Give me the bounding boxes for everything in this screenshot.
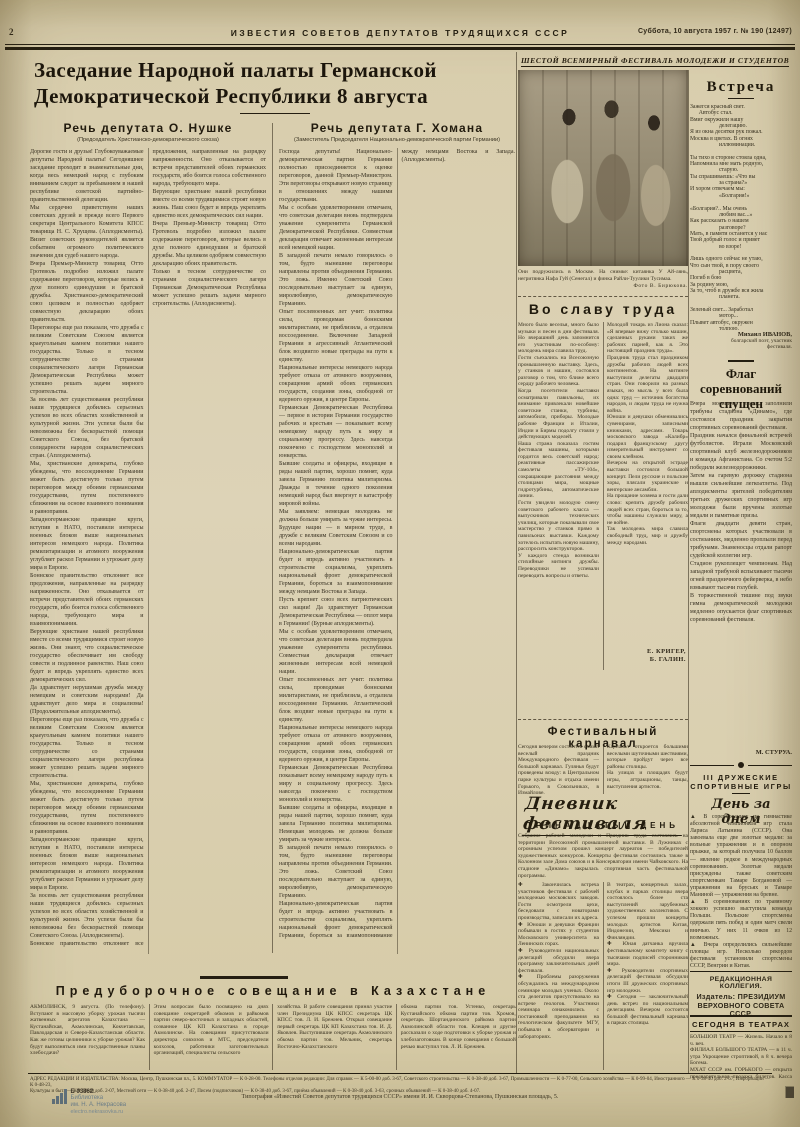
festival-column-divider xyxy=(688,70,689,1073)
karnaval-separator xyxy=(518,719,688,720)
speech-nushke-body: Дорогие гости и друзья! Глубокоуважаемые… xyxy=(30,148,266,954)
kazakhstan-rule xyxy=(200,976,288,979)
address-line: АДРЕС РЕДАКЦИИ И ИЗДАТЕЛЬСТВА: Москва, Ц… xyxy=(30,1077,770,1095)
photo-caption: Они подружились в Москве. На снимке: кит… xyxy=(518,269,688,290)
vo-slavu-signatures: Е. КРИГЕР, Б. ГАЛИН. xyxy=(604,648,686,664)
theaters-title: СЕГОДНЯ В ТЕАТРАХ xyxy=(690,1017,792,1032)
karnaval-columns: Сегодня вечером состоится самый веселый … xyxy=(518,744,688,794)
speech-homann-subtitle: (Заместитель Председателя Национально-де… xyxy=(279,137,515,143)
diary-col-2: В театрах, концертных залах, клубах и па… xyxy=(607,882,688,1072)
speech-homann: Речь депутата Г. Хомана (Заместитель Пре… xyxy=(279,121,515,954)
corner-stamp-icon xyxy=(785,1086,794,1098)
library-name: Библиотека им. Н. А. Некрасова xyxy=(71,1095,127,1109)
vstrecha-rule xyxy=(728,98,754,99)
issue-date: Суббота, 10 августа 1957 г. № 190 (12497… xyxy=(638,28,792,35)
printer-line: Типография «Известий Советов депутатов т… xyxy=(120,1094,680,1100)
vo-slavu-col-2: Молодой токарь из Лиона сказал: «Я вперв… xyxy=(607,322,688,674)
caption-separator xyxy=(518,296,688,297)
masthead-rule-thick xyxy=(5,47,795,50)
signature-galin: Б. ГАЛИН. xyxy=(604,656,686,664)
kazakhstan-col-4: обкома партии тов. Устенко, секретарь Ку… xyxy=(401,1004,516,1070)
vstrecha-headline: Встреча xyxy=(690,79,792,96)
speech-divider xyxy=(266,121,279,954)
editorial-block: РЕДАКЦИОННАЯ КОЛЛЕГИЯ. Издатель: ПРЕЗИДИ… xyxy=(690,971,792,1019)
kazakhstan-columns: АКМОЛИНСК, 9 августа. (По телефону). Вст… xyxy=(30,1004,516,1070)
dot-separator xyxy=(690,762,792,768)
speeches-section: Речь депутата О. Нушке (Председатель Хри… xyxy=(30,121,516,954)
library-stamp: Б 03862. Библиотека им. Н. А. Некрасова … xyxy=(52,1089,126,1116)
poem-author-desc: болгарский поэт, участник фестиваля. xyxy=(690,338,792,350)
speech-nushke-subtitle: (Председатель Христианско-демократическо… xyxy=(30,137,266,143)
kazakhstan-col-3: хозяйства. В работе совещания принял уча… xyxy=(277,1004,392,1070)
diary-col-1: ✚ Закончилась встреча участников фестива… xyxy=(518,882,599,1072)
kazakhstan-col-2: Этим вопросам было посвящено на днях сов… xyxy=(154,1004,269,1070)
masthead-rule-thin xyxy=(5,44,795,45)
dot-icon xyxy=(738,762,744,768)
signature-sturua: М. СТУРУА. xyxy=(690,749,792,756)
diary-columns: ✚ Закончилась встреча участников фестива… xyxy=(518,882,688,1072)
newspaper-page: 2 ИЗВЕСТИЯ СОВЕТОВ ДЕПУТАТОВ ТРУДЯЩИХСЯ … xyxy=(0,0,800,1127)
vo-slavu-col-1: Много было веселья, много было музыки и … xyxy=(518,322,599,674)
festival-section-header: ШЕСТОЙ ВСЕМИРНЫЙ ФЕСТИВАЛЬ МОЛОДЕЖИ И СТ… xyxy=(521,56,791,65)
games-rule xyxy=(732,793,750,794)
poem-author-block: Михаил ИВАНОВ, болгарский поэт, участник… xyxy=(690,331,792,350)
den-za-dnem-body: ▲ В соревнованиях по гимнастике абсолютн… xyxy=(690,814,792,968)
flag-body: Вчера москвичи вновь заполнили трибуны с… xyxy=(690,400,792,748)
speech-nushke-title: Речь депутата О. Нушке xyxy=(30,121,266,135)
vo-slavu-truda-columns: Много было веселья, много было музыки и … xyxy=(518,322,688,674)
photo-credit: Фото В. Бирюкова. xyxy=(518,283,688,290)
karnaval-col-1: Сегодня вечером состоится самый веселый … xyxy=(518,744,599,794)
flag-article-rule xyxy=(728,360,754,362)
speech-homann-title: Речь депутата Г. Хомана xyxy=(279,121,515,135)
signature-kriger: Е. КРИГЕР, xyxy=(604,648,686,656)
vstrecha-poem: Зажегся красный свет. Автобус стал. Вмиг… xyxy=(690,104,792,330)
speech-nushke: Речь депутата О. Нушке (Председатель Хри… xyxy=(30,121,266,954)
library-url: electro.nekrasovka.ru xyxy=(71,1109,127,1116)
main-column-divider xyxy=(516,52,517,1073)
festival-photo xyxy=(518,70,688,266)
theaters-listings: БОЛЬШОЙ ТЕАТР — Жизель. Начало в 8 ч. ве… xyxy=(690,1034,792,1078)
library-logo-icon xyxy=(52,1089,67,1104)
kazakhstan-headline: Предуборочное совещание в Казахстане xyxy=(30,984,516,998)
diary-lead: Собрание рабочей молодежи и Праздник тру… xyxy=(518,833,688,879)
vo-slavu-truda-headline: Во славу труда xyxy=(518,301,688,317)
games-header: III ДРУЖЕСКИЕ СПОРТИВНЫЕ ИГРЫ xyxy=(690,773,792,791)
headline-rule xyxy=(240,113,310,114)
speech-homann-body: Господа депутаты! Национально-демократич… xyxy=(279,148,515,954)
diary-day-label: ТРИНАДЦАТЫЙ ДЕНЬ xyxy=(518,821,688,830)
poem-author-name: Михаил ИВАНОВ, xyxy=(690,331,792,338)
theaters-block: СЕГОДНЯ В ТЕАТРАХ БОЛЬШОЙ ТЕАТР — Жизель… xyxy=(690,1015,792,1078)
editorial-board: РЕДАКЦИОННАЯ КОЛЛЕГИЯ. xyxy=(690,976,792,990)
main-headline: Заседание Народной палаты Германской Дем… xyxy=(34,57,508,109)
karnaval-col-2: Карнавал откроется большими веселыми шут… xyxy=(607,744,688,794)
footer-rule xyxy=(28,1073,772,1074)
kazakhstan-col-1: АКМОЛИНСК, 9 августа. (По телефону). Вст… xyxy=(30,1004,145,1070)
